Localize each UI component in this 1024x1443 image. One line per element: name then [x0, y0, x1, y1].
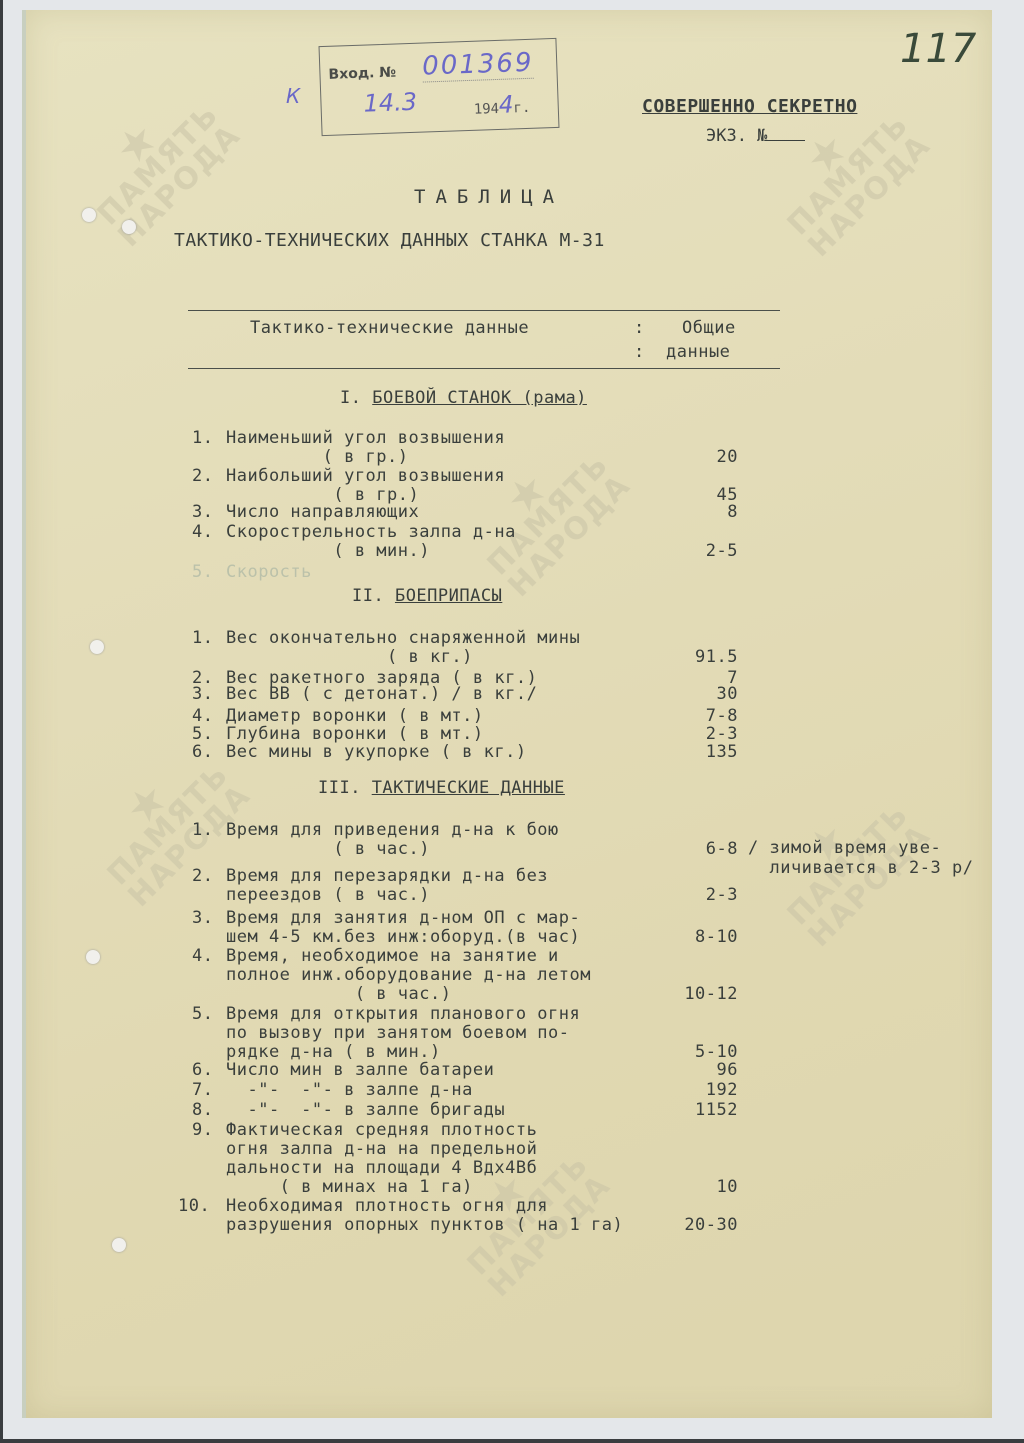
table-header-separator: :	[634, 342, 645, 362]
row-label: Скорострельность залпа д-на	[226, 522, 516, 542]
row-label: по вызову при занятом боевом по-	[226, 1023, 570, 1043]
row-value: 30	[717, 684, 738, 704]
section-title: III. ТАКТИЧЕСКИЕ ДАННЫЕ	[318, 778, 565, 798]
row-value: 2-3	[706, 724, 738, 744]
row-label: ( в минах на 1 га)	[226, 1177, 473, 1197]
row-number: 4.	[192, 522, 213, 542]
row-number: 1.	[192, 628, 213, 648]
row-number: 5.	[192, 1004, 213, 1024]
row-number: 3.	[192, 502, 213, 522]
row-label: Время для перезарядки д-на без	[226, 866, 548, 886]
row-label: Скорость	[226, 562, 312, 582]
row-number: 1.	[192, 428, 213, 448]
document-title: ТАБЛИЦА	[414, 186, 564, 208]
row-value: 7-8	[706, 706, 738, 726]
row-label: Глубина воронки ( в мт.)	[226, 724, 484, 744]
row-label: полное инж.оборудование д-на летом	[226, 965, 591, 985]
row-number: 6.	[192, 1060, 213, 1080]
row-number: 5.	[192, 562, 213, 582]
row-label: Время, необходимое на занятие и	[226, 946, 559, 966]
row-label: Вес ВВ ( с детонат.) / в кг./	[226, 684, 537, 704]
row-value: 8-10	[695, 927, 738, 947]
row-number: 1.	[192, 820, 213, 840]
scan-border	[0, 1439, 1024, 1443]
row-label: Наименьший угол возвышения	[226, 428, 505, 448]
table-header-separator: :	[634, 318, 645, 338]
table-header-col2: данные	[666, 342, 730, 362]
row-number: 5.	[192, 724, 213, 744]
row-number: 2.	[192, 866, 213, 886]
row-label: -"- -"- в залпе бригады	[226, 1100, 505, 1120]
classification-label: СОВЕРШЕННО СЕКРЕТНО	[642, 96, 857, 117]
row-number: 9.	[192, 1120, 213, 1140]
row-label: огня залпа д-на на предельной	[226, 1139, 537, 1159]
table-rule	[188, 310, 780, 311]
row-number: 4.	[192, 706, 213, 726]
stamp-number: 001369	[422, 48, 534, 83]
punch-hole	[82, 208, 96, 222]
row-label: Число направляющих	[226, 502, 419, 522]
copy-number: ЭКЗ. №	[706, 126, 805, 146]
row-value: 1152	[695, 1100, 738, 1120]
table-header-col2: Общие	[682, 318, 736, 338]
row-value: 10-12	[684, 984, 738, 1004]
row-label: Время для открытия планового огня	[226, 1004, 580, 1024]
row-label: Наибольший угол возвышения	[226, 466, 505, 486]
row-label: Фактическая средняя плотность	[226, 1120, 537, 1140]
row-label: переездов ( в час.)	[226, 885, 430, 905]
row-label: рядке д-на ( в мин.)	[226, 1042, 441, 1062]
row-label: ( в час.)	[226, 839, 430, 859]
row-number: 8.	[192, 1100, 213, 1120]
row-label: Вес мины в укупорке ( в кг.)	[226, 742, 527, 762]
punch-hole	[112, 1238, 126, 1252]
row-label: шем 4-5 км.без инж:оборуд.(в час)	[226, 927, 580, 947]
row-number: 6.	[192, 742, 213, 762]
row-label: разрушения опорных пунктов ( на 1 га)	[226, 1215, 623, 1235]
row-label: Вес окончательно снаряженной мины	[226, 628, 580, 648]
punch-hole	[86, 950, 100, 964]
punch-hole	[122, 220, 136, 234]
table-rule	[188, 368, 780, 369]
row-value: 5-10	[695, 1042, 738, 1062]
row-value: 8	[727, 502, 738, 522]
row-number: 2.	[192, 466, 213, 486]
row-label: дальности на площади 4 Вдх4Вб	[226, 1158, 537, 1178]
row-label: ( в гр.)	[226, 447, 409, 467]
row-note: личивается в 2-3 р/	[748, 858, 973, 878]
row-number: 3.	[192, 684, 213, 704]
row-value: 192	[706, 1080, 738, 1100]
punch-hole	[90, 640, 104, 654]
row-label: ( в кг.)	[226, 647, 473, 667]
row-note: / зимой время уве-	[748, 838, 941, 858]
row-label: Необходимая плотность огня для	[226, 1196, 548, 1216]
row-number: 4.	[192, 946, 213, 966]
row-value: 6-8	[706, 839, 738, 859]
scan-border	[0, 0, 3, 1443]
stamp-date: 14.3	[363, 88, 417, 118]
row-value: 91.5	[695, 647, 738, 667]
row-label: Диаметр воронки ( в мт.)	[226, 706, 484, 726]
margin-mark: К	[286, 84, 300, 108]
row-label: -"- -"- в залпе д-на	[226, 1080, 473, 1100]
row-number: 7.	[192, 1080, 213, 1100]
stamp-year: 1944г.	[473, 90, 531, 120]
section-title: II. БОЕПРИПАСЫ	[352, 586, 502, 606]
row-label: Время для приведения д-на к бою	[226, 820, 559, 840]
row-number: 10.	[178, 1196, 210, 1216]
registration-stamp: Вход. № 001369 14.3 1944г.	[319, 38, 560, 136]
row-value: 20	[717, 447, 738, 467]
page-number: 117	[900, 26, 976, 72]
row-value: 135	[706, 742, 738, 762]
row-label: Число мин в залпе батареи	[226, 1060, 494, 1080]
table-header-col1: Тактико-технические данные	[250, 318, 529, 338]
document-subtitle: ТАКТИКО-ТЕХНИЧЕСКИХ ДАННЫХ СТАНКА М-31	[174, 230, 605, 251]
stamp-label: Вход. №	[328, 64, 396, 82]
row-label: ( в мин.)	[226, 541, 430, 561]
row-label: ( в час.)	[226, 984, 451, 1004]
row-value: 20-30	[684, 1215, 738, 1235]
section-title: I. БОЕВОЙ СТАНОК (рама)	[340, 388, 587, 408]
row-label: Время для занятия д-ном ОП с мар-	[226, 908, 580, 928]
row-value: 96	[717, 1060, 738, 1080]
row-value: 10	[717, 1177, 738, 1197]
row-number: 3.	[192, 908, 213, 928]
row-value: 2-3	[706, 885, 738, 905]
row-value: 2-5	[706, 541, 738, 561]
